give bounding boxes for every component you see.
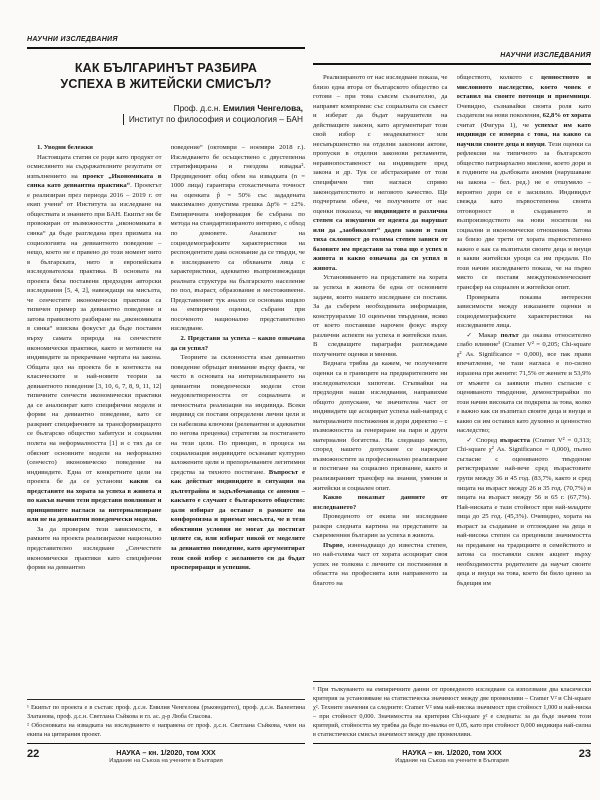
header-rule [313,63,591,65]
paragraph: ✓ Според възрастта (Cramer V² = 0,313; C… [457,436,592,589]
paragraph: обществото, колкото с ценностното и мисл… [457,73,592,293]
paragraph: Реализираното от нас изследване показа, … [313,73,448,273]
page-22-column-2: поведение“ (октомври – ноември 2018 г.).… [171,143,306,696]
paragraph: Настоящата статия се роди като продукт о… [27,153,162,525]
paragraph: За да проверим тези зависимости, в рамки… [27,525,162,573]
header-rule [27,47,305,49]
author-name: Емилия Ченгелова, [223,103,303,113]
journal-issue: НАУКА – кн. 1/2020, том XXX [71,748,261,757]
footnotes-page-23: ¹ При тълкуването на емпиричните данни о… [313,681,591,739]
page-23-column-2: обществото, колкото с ценностното и мисл… [457,73,592,678]
journal-spread: НАУЧНИ ИЗСЛЕДВАНИЯ КАК БЪЛГАРИНЪТ РАЗБИР… [0,0,600,800]
journal-issue: НАУКА – кн. 1/2020, том XXX [357,748,547,757]
page-23-footer: НАУКА – кн. 1/2020, том XXX Издание на С… [313,743,591,764]
paragraph: Веднага трябва да кажем, че получените о… [313,359,448,493]
journal-publisher: Издание на Съюза на учените в България [71,758,261,764]
footer-rule [313,743,591,744]
running-head-row: НАУЧНИ ИЗСЛЕДВАНИЯ [27,36,305,43]
paragraph: Установяването на представите на хората … [313,273,448,359]
paragraph: Теориите за склонността към девиантно по… [171,353,306,573]
footer-rule [27,743,305,744]
author-block: Проф. д.с.н. Емилия Ченгелова, Институт … [27,103,303,126]
paragraph: Първо, изненадващо до известна степен, н… [313,541,448,589]
page-22: НАУЧНИ ИЗСЛЕДВАНИЯ КАК БЪЛГАРИНЪТ РАЗБИР… [27,36,305,764]
author-line: Проф. д.с.н. Емилия Ченгелова, [27,103,303,114]
footnotes-page-22: ¹ Екипът по проекта е в състав: проф. д.… [27,699,305,739]
section-heading: 2. Представи за успеха – какво означава … [171,334,306,353]
footnote: ¹ При тълкуването на емпиричните данни о… [313,685,591,739]
section-heading: Какво показват данните от изследването? [313,493,448,512]
running-head: НАУЧНИ ИЗСЛЕДВАНИЯ [27,36,118,43]
page-number-22: 22 [27,748,71,760]
running-head: НАУЧНИ ИЗСЛЕДВАНИЯ [500,52,591,59]
paragraph: поведение“ (октомври – ноември 2018 г.).… [171,143,306,334]
running-head-row: НАУЧНИ ИЗСЛЕДВАНИЯ [313,52,591,59]
page-number-23: 23 [547,748,591,760]
text-columns-left-page: 1. Уводни бележкиНастоящата статия се ро… [27,143,305,696]
paragraph: Проверката показва интересни зависимости… [457,293,592,331]
page-23: НАУЧНИ ИЗСЛЕДВАНИЯ Реализираното от нас … [313,36,591,764]
article-title: КАК БЪЛГАРИНЪТ РАЗБИРА УСПЕХА В ЖИТЕЙСКИ… [33,60,299,93]
article-title-line1: КАК БЪЛГАРИНЪТ РАЗБИРА [75,61,257,75]
paragraph: ✓ Макар полът да оказва относително слаб… [457,331,592,436]
text-columns-right-page: Реализираното от нас изследване показа, … [313,73,591,678]
footnote: ¹ Екипът по проекта е в състав: проф. д.… [27,703,305,721]
page-22-column-1: 1. Уводни бележкиНастоящата статия се ро… [27,143,162,696]
page-22-footer: 22 НАУКА – кн. 1/2020, том XXX Издание н… [27,743,305,764]
journal-publisher: Издание на Съюза на учените в България [357,758,547,764]
author-affiliation: Институт по философия и социология – БАН [123,114,303,125]
article-title-line2: УСПЕХА В ЖИТЕЙСКИ СМИСЪЛ? [60,77,271,91]
journal-imprint: НАУКА – кн. 1/2020, том XXX Издание на С… [71,748,261,764]
paragraph: Проведеното от екипа ни изследване разкр… [313,512,448,541]
page-23-column-1: Реализираното от нас изследване показа, … [313,73,448,678]
footnote: ² Обосновката на извадката на изследване… [27,721,305,739]
section-heading: 1. Уводни бележки [27,143,162,153]
author-prefix: Проф. д.с.н. [174,103,223,113]
journal-imprint: НАУКА – кн. 1/2020, том XXX Издание на С… [357,748,547,764]
